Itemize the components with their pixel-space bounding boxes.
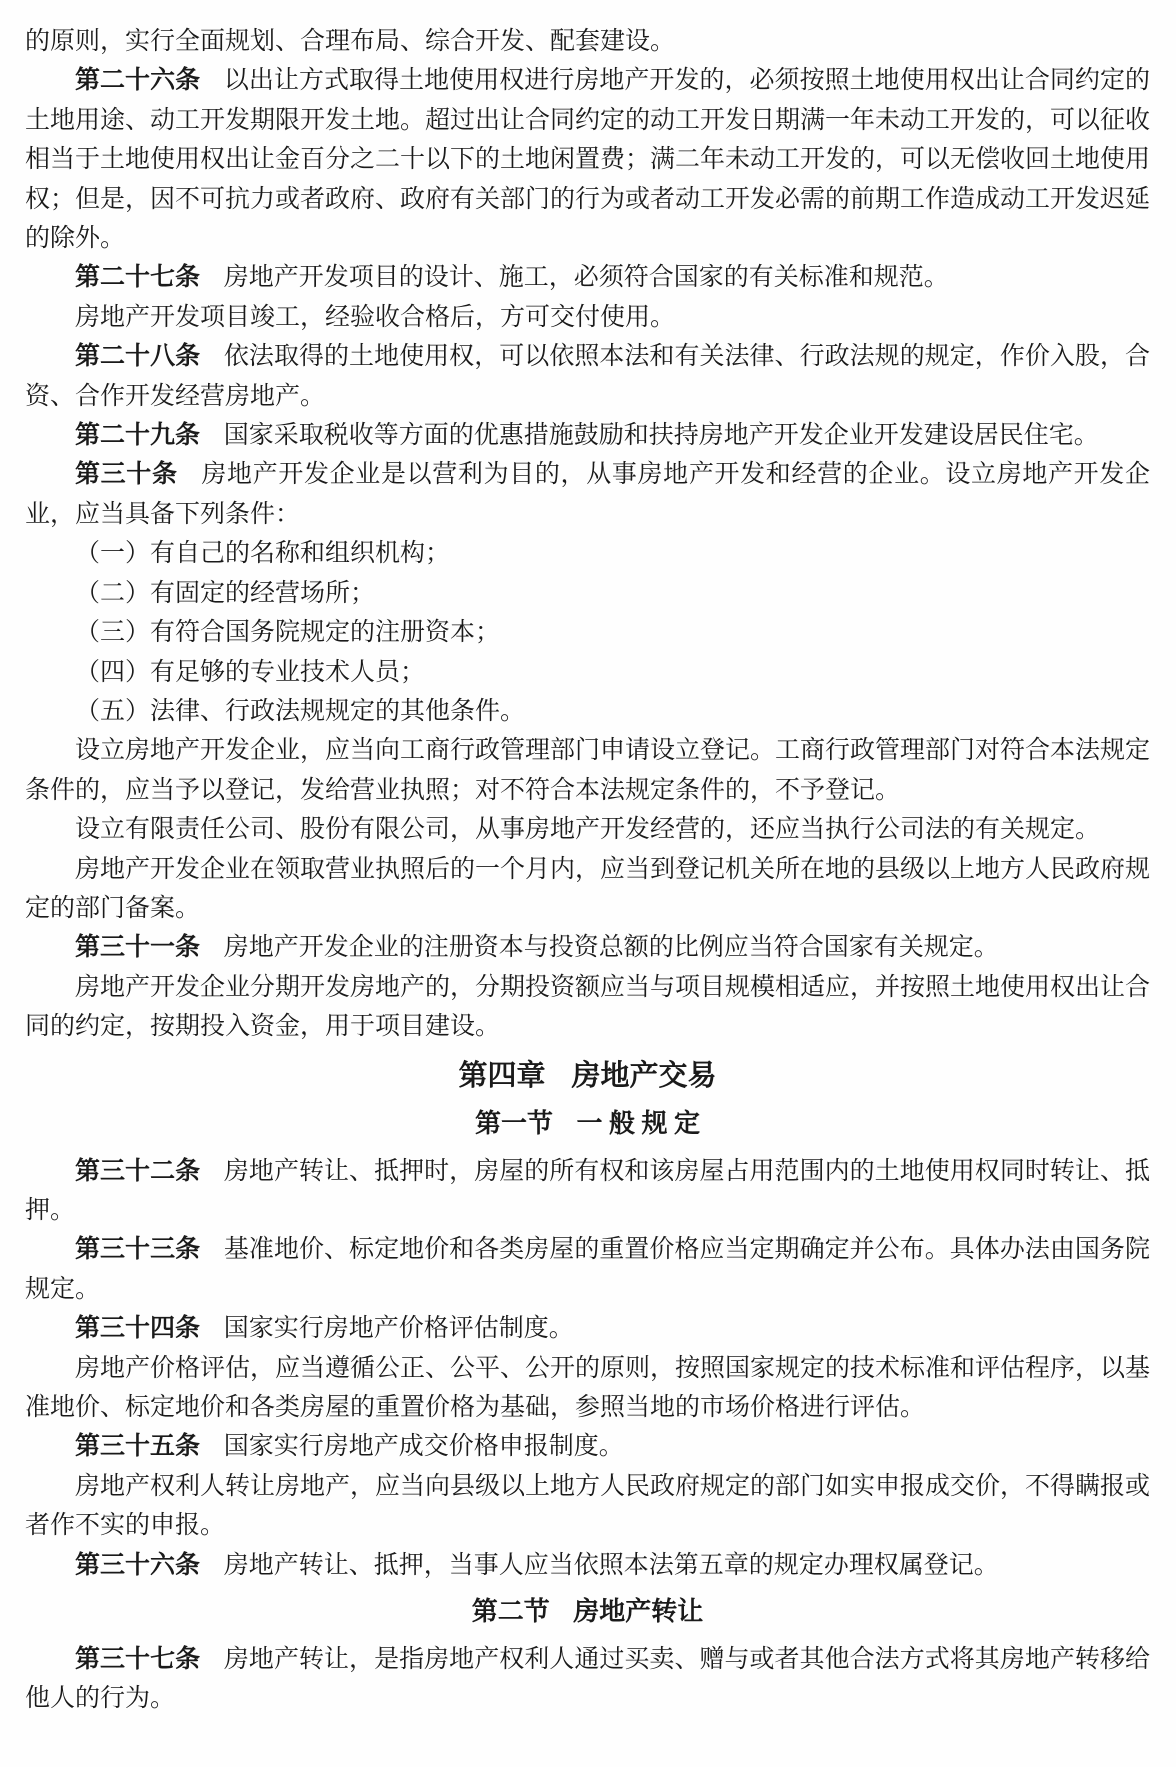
paragraph-text: 房地产开发企业分期开发房地产的，分期投资额应当与项目规模相适应，并按照土地使用权… (25, 974, 1150, 1040)
paragraph-text: 房地产开发项目竣工，经验收合格后，方可交付使用。 (75, 304, 675, 331)
paragraph: （三）有符合国务院规定的注册资本； (25, 613, 1150, 652)
article-paragraph: 第二十六条以出让方式取得土地使用权进行房地产开发的，必须按照土地使用权出让合同约… (25, 61, 1150, 258)
paragraph-text: 房地产开发企业是以营利为目的，从事房地产开发和经营的企业。设立房地产开发企业，应… (25, 461, 1150, 527)
document-body: 的原则，实行全面规划、合理布局、综合开发、配套建设。第二十六条以出让方式取得土地… (25, 22, 1150, 1719)
paragraph-text: 国家实行房地产价格评估制度。 (224, 1315, 574, 1342)
heading-number: 第二节 (472, 1597, 550, 1626)
article-number: 第三十四条 (75, 1315, 200, 1342)
paragraph: （五）法律、行政法规规定的其他条件。 (25, 692, 1150, 731)
heading-title: 房地产转让 (573, 1597, 703, 1626)
paragraph-text: 房地产转让、抵押，当事人应当依照本法第五章的规定办理权属登记。 (224, 1552, 999, 1579)
paragraph: 设立房地产开发企业，应当向工商行政管理部门申请设立登记。工商行政管理部门对符合本… (25, 731, 1150, 810)
article-paragraph: 第三十四条国家实行房地产价格评估制度。 (25, 1309, 1150, 1348)
paragraph-text: （一）有自己的名称和组织机构； (75, 540, 450, 567)
paragraph-text: 房地产开发企业在领取营业执照后的一个月内，应当到登记机关所在地的县级以上地方人民… (25, 856, 1150, 922)
article-paragraph: 第三十一条房地产开发企业的注册资本与投资总额的比例应当符合国家有关规定。 (25, 928, 1150, 967)
article-paragraph: 第三十六条房地产转让、抵押，当事人应当依照本法第五章的规定办理权属登记。 (25, 1546, 1150, 1585)
paragraph-text: （四）有足够的专业技术人员； (75, 659, 425, 686)
article-number: 第三十七条 (75, 1646, 200, 1673)
article-number: 第三十六条 (75, 1552, 200, 1579)
paragraph-text: （五）法律、行政法规规定的其他条件。 (75, 698, 525, 725)
heading-title: 一 般 规 定 (576, 1109, 700, 1138)
article-number: 第三十二条 (75, 1158, 200, 1185)
chapter-heading: 第四章房地产交易 (25, 1055, 1150, 1097)
paragraph-text: 设立房地产开发企业，应当向工商行政管理部门申请设立登记。工商行政管理部门对符合本… (25, 737, 1150, 803)
paragraph: 房地产权利人转让房地产，应当向县级以上地方人民政府规定的部门如实申报成交价，不得… (25, 1467, 1150, 1546)
paragraph-text: 房地产开发项目的设计、施工，必须符合国家的有关标准和规范。 (224, 264, 949, 291)
heading-number: 第一节 (475, 1109, 553, 1138)
paragraph: 房地产价格评估，应当遵循公正、公平、公开的原则，按照国家规定的技术标准和评估程序… (25, 1349, 1150, 1428)
heading-number: 第四章 (458, 1060, 545, 1092)
paragraph: 的原则，实行全面规划、合理布局、综合开发、配套建设。 (25, 22, 1150, 61)
article-number: 第二十八条 (75, 343, 200, 370)
article-number: 第二十九条 (75, 422, 200, 449)
article-paragraph: 第三十五条国家实行房地产成交价格申报制度。 (25, 1427, 1150, 1466)
paragraph: （四）有足够的专业技术人员； (25, 653, 1150, 692)
article-paragraph: 第二十八条依法取得的土地使用权，可以依照本法和有关法律、行政法规的规定，作价入股… (25, 337, 1150, 416)
paragraph: 房地产开发企业分期开发房地产的，分期投资额应当与项目规模相适应，并按照土地使用权… (25, 968, 1150, 1047)
article-paragraph: 第三十七条房地产转让，是指房地产权利人通过买卖、赠与或者其他合法方式将其房地产转… (25, 1640, 1150, 1719)
article-paragraph: 第二十七条房地产开发项目的设计、施工，必须符合国家的有关标准和规范。 (25, 258, 1150, 297)
article-number: 第三十五条 (75, 1433, 200, 1460)
section-heading: 第二节房地产转让 (25, 1592, 1150, 1632)
paragraph: （二）有固定的经营场所； (25, 574, 1150, 613)
paragraph: （一）有自己的名称和组织机构； (25, 534, 1150, 573)
paragraph-text: 房地产价格评估，应当遵循公正、公平、公开的原则，按照国家规定的技术标准和评估程序… (25, 1355, 1150, 1421)
paragraph-text: 以出让方式取得土地使用权进行房地产开发的，必须按照土地使用权出让合同约定的土地用… (25, 67, 1150, 252)
article-number: 第三十一条 (75, 934, 200, 961)
heading-title: 房地产交易 (572, 1060, 717, 1092)
article-number: 第三十条 (75, 461, 178, 488)
article-number: 第二十七条 (75, 264, 200, 291)
paragraph-text: （三）有符合国务院规定的注册资本； (75, 619, 500, 646)
paragraph-text: 房地产开发企业的注册资本与投资总额的比例应当符合国家有关规定。 (224, 934, 999, 961)
paragraph-text: 国家实行房地产成交价格申报制度。 (224, 1433, 624, 1460)
document-page: 的原则，实行全面规划、合理布局、综合开发、配套建设。第二十六条以出让方式取得土地… (0, 0, 1176, 1767)
article-paragraph: 第二十九条国家采取税收等方面的优惠措施鼓励和扶持房地产开发企业开发建设居民住宅。 (25, 416, 1150, 455)
paragraph-text: （二）有固定的经营场所； (75, 580, 375, 607)
paragraph-text: 的原则，实行全面规划、合理布局、综合开发、配套建设。 (25, 28, 675, 55)
paragraph: 房地产开发企业在领取营业执照后的一个月内，应当到登记机关所在地的县级以上地方人民… (25, 850, 1150, 929)
section-heading: 第一节一 般 规 定 (25, 1104, 1150, 1144)
article-number: 第二十六条 (75, 67, 200, 94)
article-paragraph: 第三十三条基准地价、标定地价和各类房屋的重置价格应当定期确定并公布。具体办法由国… (25, 1230, 1150, 1309)
paragraph-text: 房地产权利人转让房地产，应当向县级以上地方人民政府规定的部门如实申报成交价，不得… (25, 1473, 1150, 1539)
paragraph: 房地产开发项目竣工，经验收合格后，方可交付使用。 (25, 298, 1150, 337)
article-number: 第三十三条 (75, 1236, 200, 1263)
paragraph: 设立有限责任公司、股份有限公司，从事房地产开发经营的，还应当执行公司法的有关规定… (25, 810, 1150, 849)
paragraph-text: 国家采取税收等方面的优惠措施鼓励和扶持房地产开发企业开发建设居民住宅。 (224, 422, 1099, 449)
paragraph-text: 设立有限责任公司、股份有限公司，从事房地产开发经营的，还应当执行公司法的有关规定… (75, 816, 1100, 843)
article-paragraph: 第三十二条房地产转让、抵押时，房屋的所有权和该房屋占用范围内的土地使用权同时转让… (25, 1152, 1150, 1231)
article-paragraph: 第三十条房地产开发企业是以营利为目的，从事房地产开发和经营的企业。设立房地产开发… (25, 455, 1150, 534)
